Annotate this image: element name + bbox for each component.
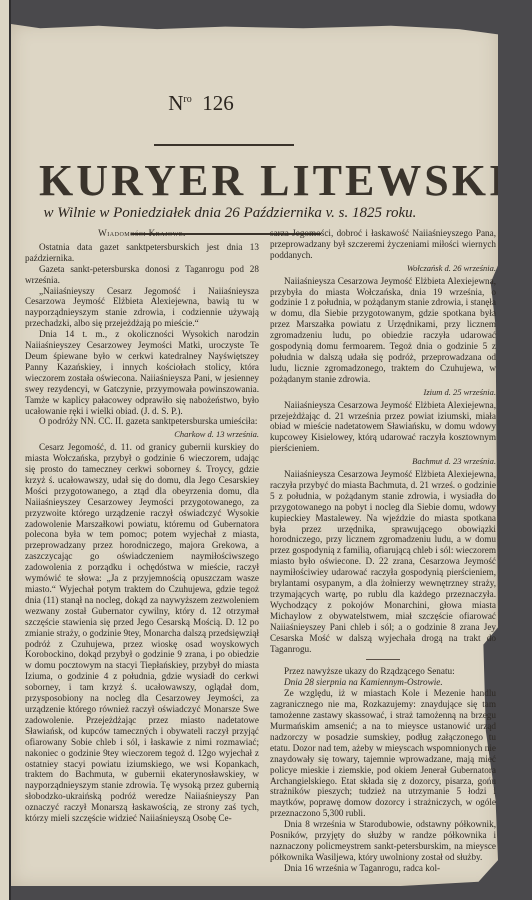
article-paragraph: O podróży NN. CC. II. gazeta sanktpeters… [25, 416, 259, 427]
left-column: Wiadomości Krajowe. Ostatnia data gazet … [25, 228, 259, 824]
article-paragraph: Cesarz Jegomość, d. 11. od granicy guber… [25, 442, 259, 824]
number-prefix: N [168, 91, 183, 115]
article-dateline: Izium d. 25 września. [270, 387, 496, 398]
newspaper-title: KURYER LITEWSKI [39, 155, 411, 206]
article-paragraph-continued: sarza Jegomości, dobroć i łaskawość Naii… [270, 228, 496, 261]
article-paragraph: Naiiaśnieysza Cesarzowa Jeymość Elżbieta… [270, 400, 496, 455]
number-sup: ro [183, 94, 191, 105]
issue-dateline: w Wilnie w Poniedziałek dnia 26 Paździer… [35, 205, 425, 222]
section-title: Wiadomości Krajowe. [25, 228, 259, 239]
article-paragraph: Naiiaśnieysza Cesarzowa Jeymość Elżbieta… [270, 469, 496, 654]
issue-number: Nro 126 [11, 91, 391, 116]
masthead-rule-top [154, 144, 294, 146]
article-dateline: Wołczańsk d. 26 września. [270, 263, 496, 274]
article-dateline: Bachmut d. 23 września. [270, 456, 496, 467]
adjacent-page-edge [0, 0, 11, 900]
decree-heading: Przez nawyższe ukazy do Rządzącego Senat… [270, 666, 496, 677]
article-paragraph: Ostatnia data gazet sanktpetersburskich … [25, 242, 259, 264]
article-paragraph: Ze względu, iż w miastach Kole i Mezenie… [270, 688, 496, 819]
article-paragraph: Gazeta sankt-petersburska donosi z Tagan… [25, 264, 259, 286]
article-paragraph: „Naiiaśnieyszy Cesarz Jegomość i Naiiaśn… [25, 286, 259, 330]
article-paragraph: Naiiaśnieysza Cesarzowa Jeymość Elżbieta… [270, 276, 496, 385]
article-paragraph: Dnia 16 września w Taganrogu, radca kol- [270, 863, 496, 874]
article-paragraph: Dnia 14 t. m., z okoliczności Wysokich n… [25, 329, 259, 416]
section-separator [366, 659, 400, 660]
article-dateline: Charkow d. 13 września. [25, 429, 259, 440]
right-column: sarza Jegomości, dobroć i łaskawość Naii… [270, 228, 496, 874]
number-value: 126 [202, 91, 234, 115]
article-paragraph: Dnia 8 września w Starodubowie, odstawny… [270, 819, 496, 863]
decree-date: Dnia 28 sierpnia na Kamiennym-Ostrowie. [270, 677, 496, 688]
